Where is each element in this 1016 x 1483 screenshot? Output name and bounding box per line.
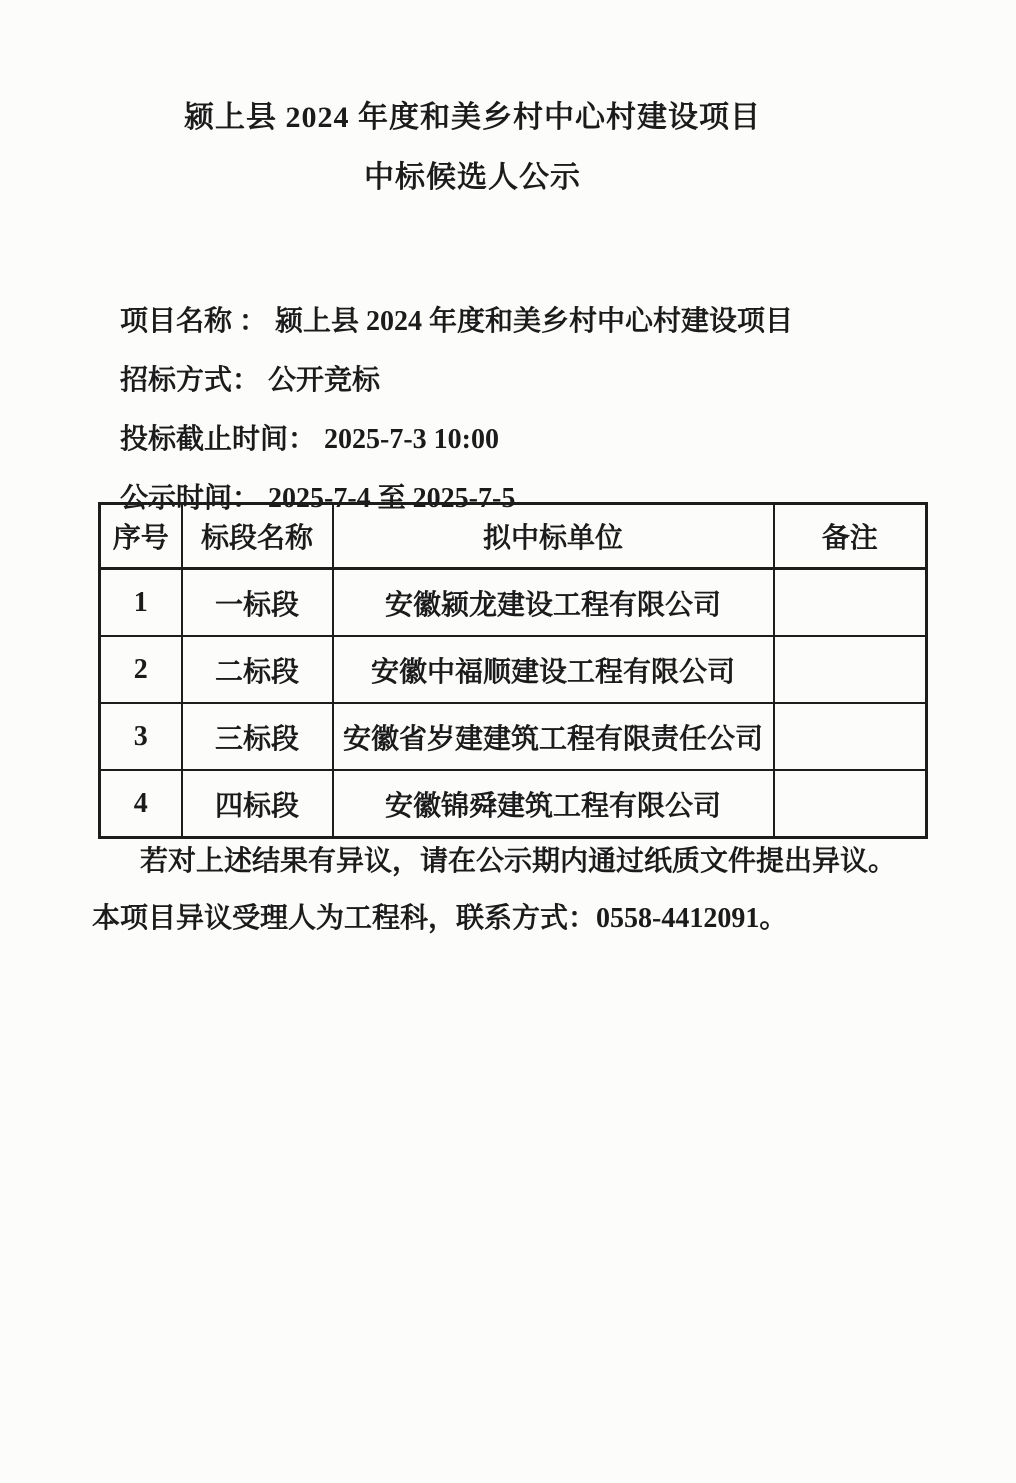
header-cell-company: 拟中标单位 xyxy=(333,504,774,569)
cell-section: 一标段 xyxy=(182,569,333,637)
table-row: 2 二标段 安徽中福顺建设工程有限公司 xyxy=(100,636,927,703)
scanned-announcement-page: 颍上县 2024 年度和美乡村中心村建设项目 中标候选人公示 项目名称 ：颍上县… xyxy=(0,0,1016,1483)
note-objection-instructions: 若对上述结果有异议，请在公示期内通过纸质文件提出异议。 xyxy=(92,845,928,879)
cell-no: 2 xyxy=(100,636,182,703)
cell-remark xyxy=(774,703,927,770)
cell-remark xyxy=(774,770,927,838)
header-cell-section: 标段名称 xyxy=(182,504,333,569)
document-title: 颍上县 2024 年度和美乡村中心村建设项目 xyxy=(0,100,945,136)
header-cell-remark: 备注 xyxy=(774,504,927,569)
document-subtitle: 中标候选人公示 xyxy=(0,160,945,196)
table-row: 3 三标段 安徽省岁建建筑工程有限责任公司 xyxy=(100,703,927,770)
cell-section: 三标段 xyxy=(182,703,333,770)
table-row: 4 四标段 安徽锦舜建筑工程有限公司 xyxy=(100,770,927,838)
note-contact-info: 本项目异议受理人为工程科，联系方式：0558-4412091。 xyxy=(92,902,928,936)
cell-company: 安徽颍龙建设工程有限公司 xyxy=(333,569,774,637)
cell-no: 4 xyxy=(100,770,182,838)
table-row: 1 一标段 安徽颍龙建设工程有限公司 xyxy=(100,569,927,637)
cell-no: 3 xyxy=(100,703,182,770)
cell-section: 四标段 xyxy=(182,770,333,838)
cell-company: 安徽锦舜建筑工程有限公司 xyxy=(333,770,774,838)
cell-no: 1 xyxy=(100,569,182,637)
cell-remark xyxy=(774,636,927,703)
cell-remark xyxy=(774,569,927,637)
bid-winner-table: 序号 标段名称 拟中标单位 备注 1 一标段 安徽颍龙建设工程有限公司 2 二标… xyxy=(98,502,928,839)
cell-company: 安徽中福顺建设工程有限公司 xyxy=(333,636,774,703)
cell-section: 二标段 xyxy=(182,636,333,703)
cell-company: 安徽省岁建建筑工程有限责任公司 xyxy=(333,703,774,770)
table-header-row: 序号 标段名称 拟中标单位 备注 xyxy=(100,504,927,569)
header-cell-no: 序号 xyxy=(100,504,182,569)
